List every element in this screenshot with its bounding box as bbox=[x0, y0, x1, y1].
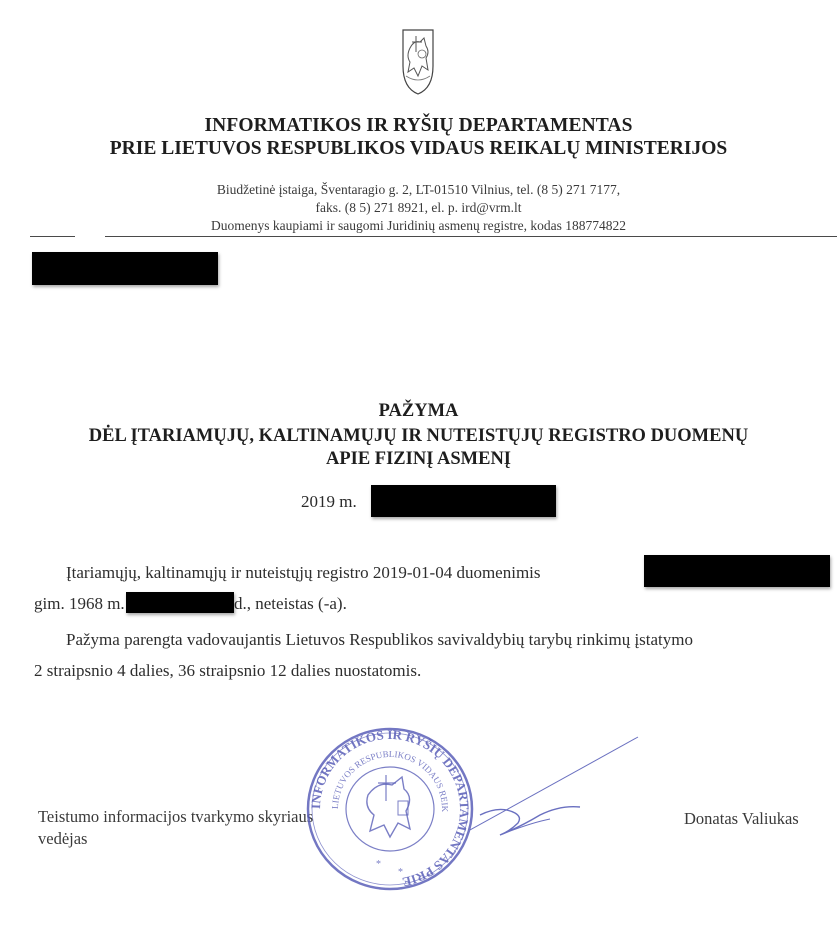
org-name-line1: INFORMATIKOS IR RYŠIŲ DEPARTAMENTAS bbox=[0, 115, 837, 137]
redacted-recipient bbox=[32, 252, 218, 285]
coat-of-arms-icon bbox=[400, 26, 436, 98]
redacted-person-name bbox=[644, 555, 830, 587]
document-date-prefix: 2019 m. bbox=[301, 492, 357, 512]
handwritten-signature-icon bbox=[470, 735, 640, 845]
org-name-line2: PRIE LIETUVOS RESPUBLIKOS VIDAUS REIKALŲ… bbox=[0, 138, 837, 160]
signer-position-line2: vedėjas bbox=[38, 828, 313, 850]
divider-gap bbox=[75, 235, 105, 238]
redacted-date bbox=[371, 485, 556, 517]
document-subtitle-line2: APIE FIZINĮ ASMENĮ bbox=[0, 449, 837, 470]
svg-text:*: * bbox=[398, 867, 403, 878]
registry-line: Duomenys kaupiami ir saugomi Juridinių a… bbox=[0, 218, 837, 234]
letterhead-divider bbox=[30, 236, 837, 237]
signer-name: Donatas Valiukas bbox=[684, 809, 799, 829]
official-stamp-icon: INFORMATIKOS IR RYŠIŲ DEPARTAMENTAS PRIE… bbox=[290, 725, 490, 893]
signer-position: Teistumo informacijos tvarkymo skyriaus … bbox=[38, 806, 313, 850]
paragraph2-line2: 2 straipsnio 4 dalies, 36 straipsnio 12 … bbox=[34, 661, 421, 681]
address-line1: Biudžetinė įstaiga, Šventaragio g. 2, LT… bbox=[0, 182, 837, 198]
signer-position-line1: Teistumo informacijos tvarkymo skyriaus bbox=[38, 806, 313, 828]
address-line2: faks. (8 5) 271 8921, el. p. ird@vrm.lt bbox=[0, 200, 837, 216]
svg-text:*: * bbox=[376, 859, 381, 870]
redacted-birth-date bbox=[126, 592, 234, 613]
document-title: PAŽYMA bbox=[0, 401, 837, 422]
paragraph1-line1: Įtariamųjų, kaltinamųjų ir nuteistųjų re… bbox=[66, 563, 541, 583]
document-subtitle-line1: DĖL ĮTARIAMŲJŲ, KALTINAMŲJŲ IR NUTEISTŲJ… bbox=[0, 426, 837, 447]
conviction-status: d., neteistas (-a). bbox=[234, 594, 347, 614]
birth-year-text: gim. 1968 m. bbox=[34, 594, 125, 614]
paragraph2-line1: Pažyma parengta vadovaujantis Lietuvos R… bbox=[66, 630, 828, 650]
